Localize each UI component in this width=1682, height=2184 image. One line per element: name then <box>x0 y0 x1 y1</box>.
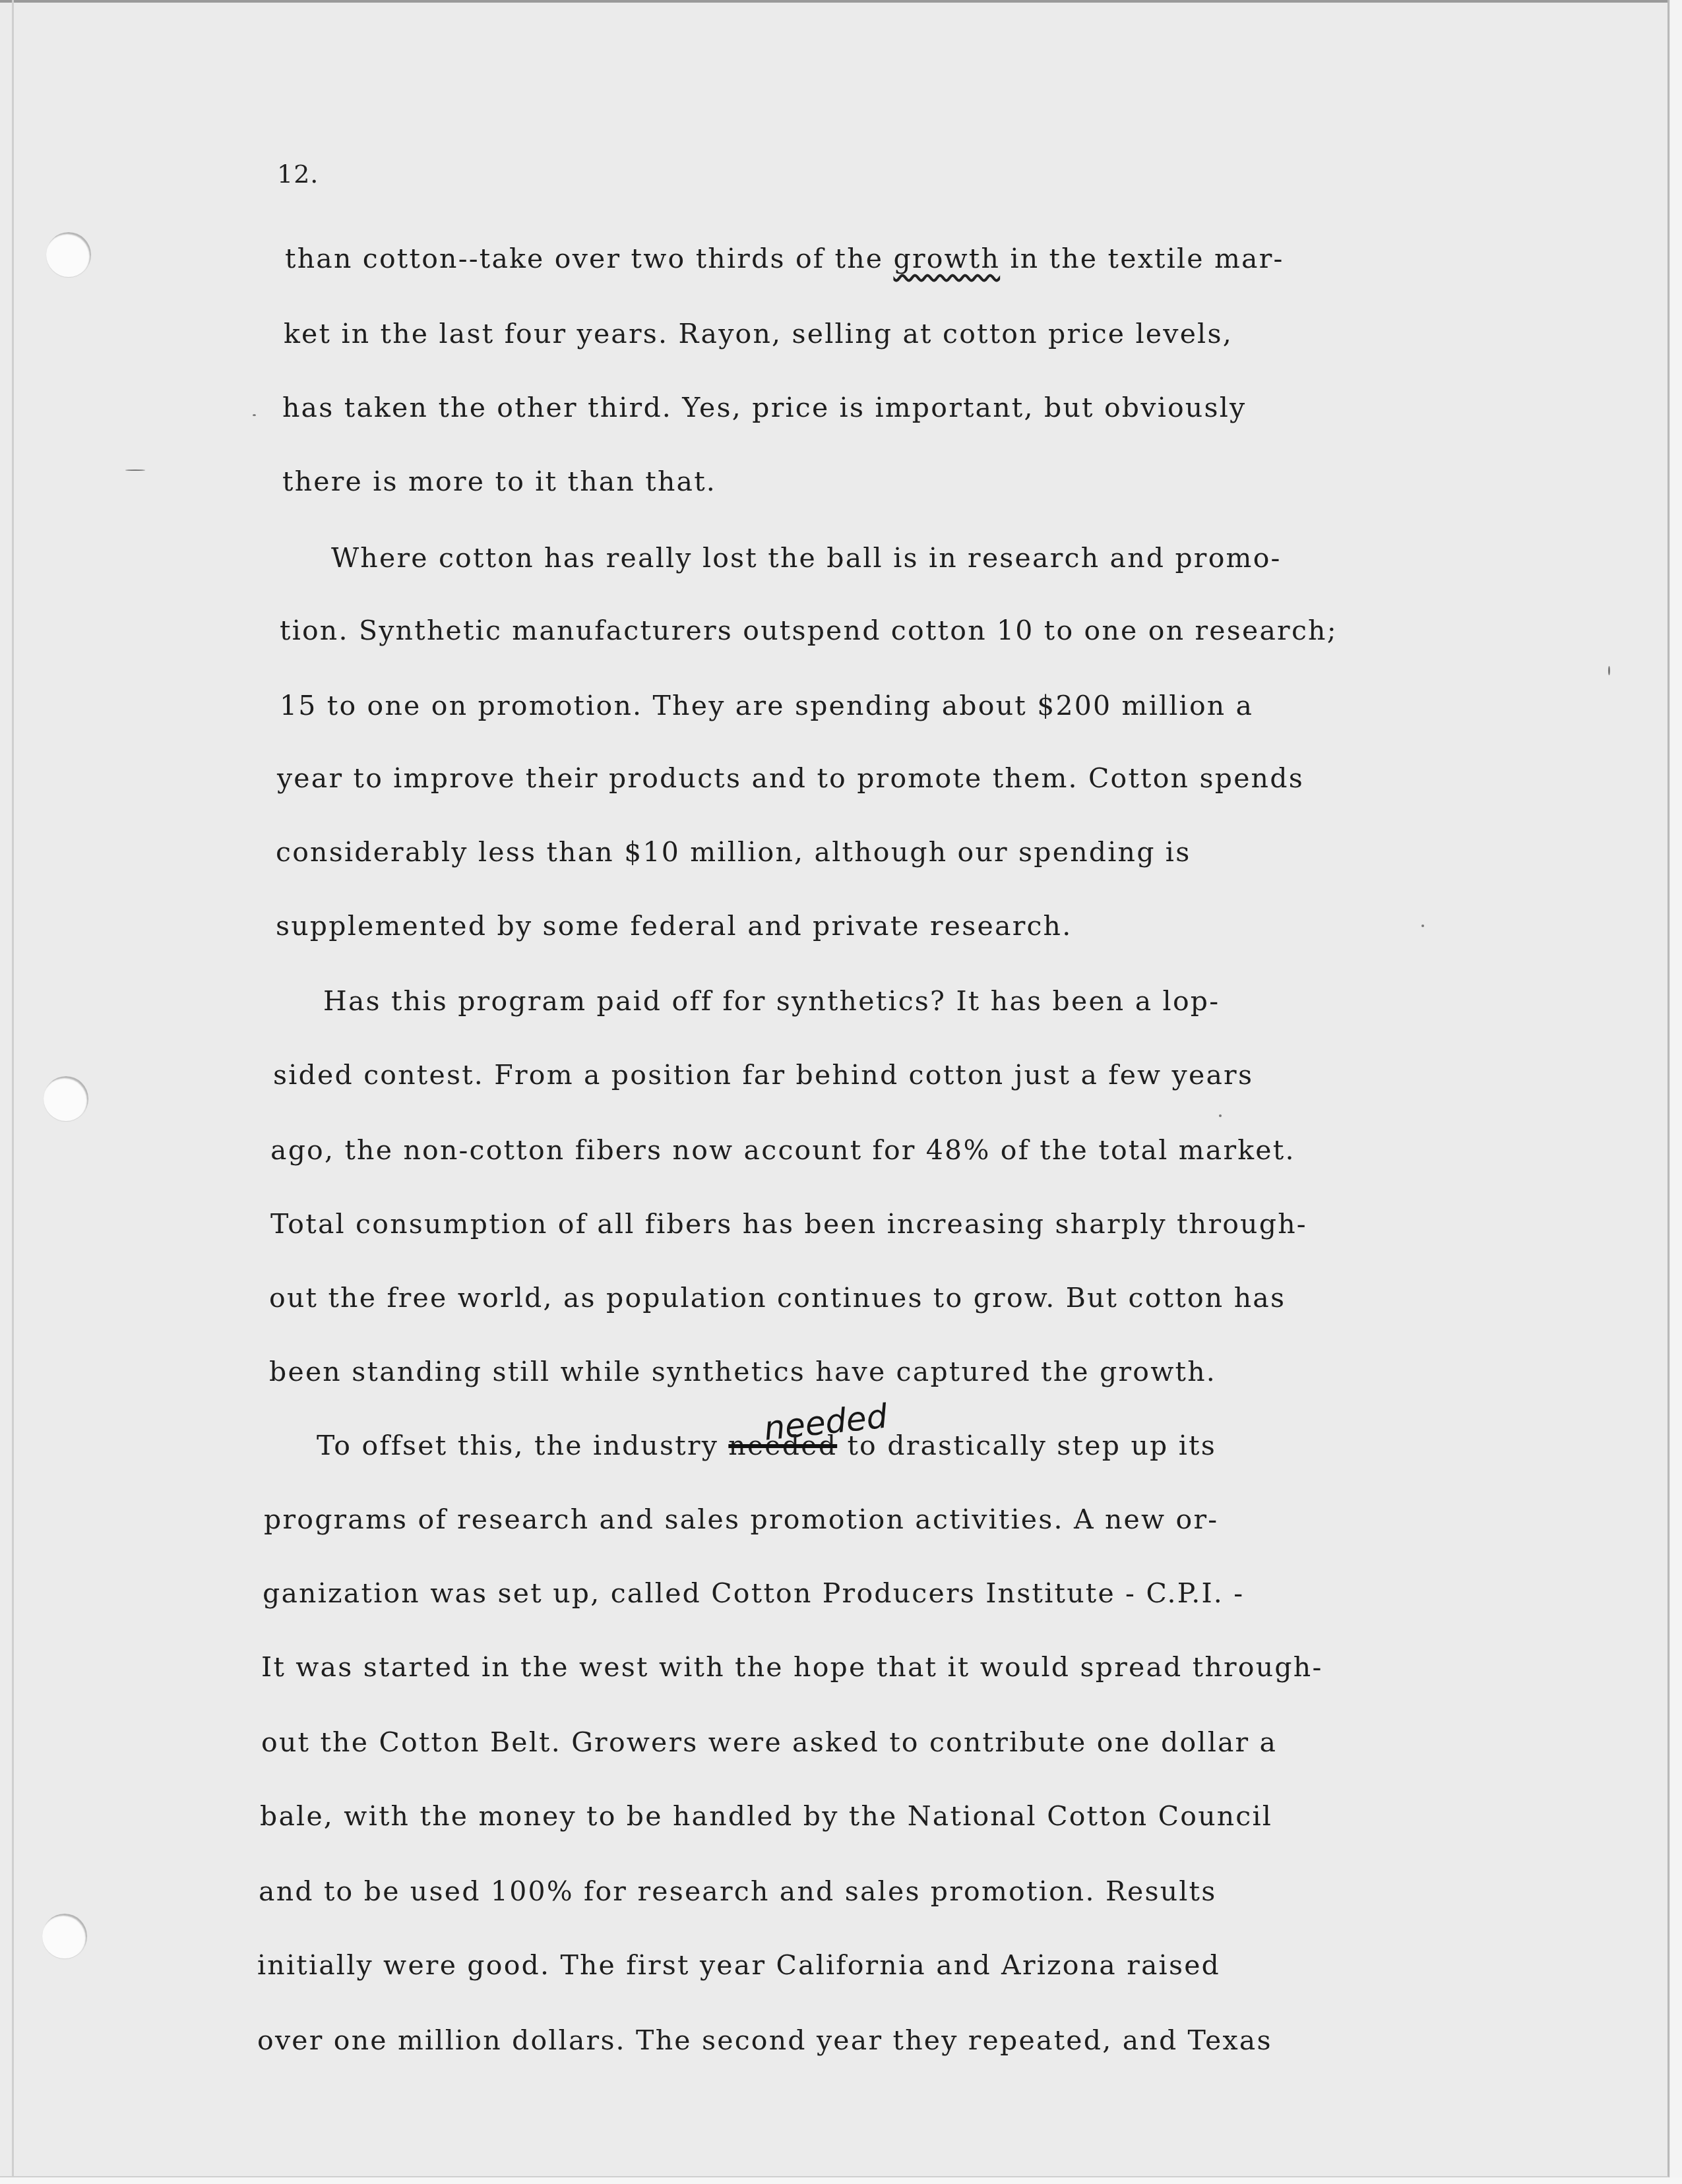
text-segment: to drastically step up its <box>837 1430 1216 1461</box>
text-line: year to improve their products and to pr… <box>277 762 1304 794</box>
page-number: 12. <box>277 160 319 189</box>
text-line: It was started in the west with the hope… <box>261 1651 1323 1683</box>
text-line: considerably less than $10 million, alth… <box>276 836 1191 868</box>
text-line: Where cotton has really lost the ball is… <box>331 542 1282 574</box>
text-line: programs of research and sales promotion… <box>264 1503 1218 1535</box>
text-line: initially were good. The first year Cali… <box>257 1949 1220 1981</box>
text-line: been standing still while synthetics hav… <box>269 1356 1216 1387</box>
text-line: sided contest. From a position far behin… <box>273 1059 1253 1091</box>
underlined-word: growth <box>893 243 1000 274</box>
text-line: Total consumption of all fibers has been… <box>270 1208 1307 1240</box>
punch-hole-middle <box>44 1076 88 1121</box>
punch-hole-top <box>46 232 91 277</box>
stray-mark <box>125 470 145 471</box>
text-line: out the free world, as population contin… <box>269 1282 1286 1314</box>
stray-mark <box>253 414 256 416</box>
text-line: has taken the other third. Yes, price is… <box>282 392 1246 423</box>
punch-hole-bottom <box>42 1914 87 1958</box>
text-line: ago, the non-cotton fibers now account f… <box>270 1134 1295 1166</box>
text-line: out the Cotton Belt. Growers were asked … <box>261 1726 1277 1758</box>
text-line: ket in the last four years. Rayon, selli… <box>284 318 1233 349</box>
text-segment: in the textile mar- <box>1000 243 1284 274</box>
stray-mark <box>1608 666 1610 675</box>
text-segment: To offset this, the industry <box>317 1430 728 1461</box>
text-line: over one million dollars. The second yea… <box>257 2024 1272 2056</box>
scan-right-margin <box>1670 0 1682 2184</box>
text-line: ganization was set up, called Cotton Pro… <box>263 1577 1244 1609</box>
text-line: tion. Synthetic manufacturers outspend c… <box>280 615 1338 646</box>
page-top-edge <box>0 0 1667 3</box>
text-line: Has this program paid off for synthetics… <box>323 985 1220 1017</box>
stray-mark <box>1421 925 1424 927</box>
text-line: 15 to one on promotion. They are spendin… <box>280 690 1253 721</box>
text-line: To offset this, the industry needed to d… <box>317 1430 1216 1461</box>
scan-bottom-margin <box>0 2177 1682 2184</box>
stray-mark <box>1219 1114 1222 1117</box>
struck-word: needed <box>728 1430 837 1461</box>
text-line: bale, with the money to be handled by th… <box>260 1800 1272 1832</box>
text-line: than cotton--take over two thirds of the… <box>285 243 1284 274</box>
text-segment: than cotton--take over two thirds of the <box>285 243 893 274</box>
text-line: supplemented by some federal and private… <box>276 910 1072 942</box>
scan-left-edge <box>12 0 14 2184</box>
text-line: and to be used 100% for research and sal… <box>259 1875 1217 1907</box>
text-line: there is more to it than that. <box>282 466 716 497</box>
